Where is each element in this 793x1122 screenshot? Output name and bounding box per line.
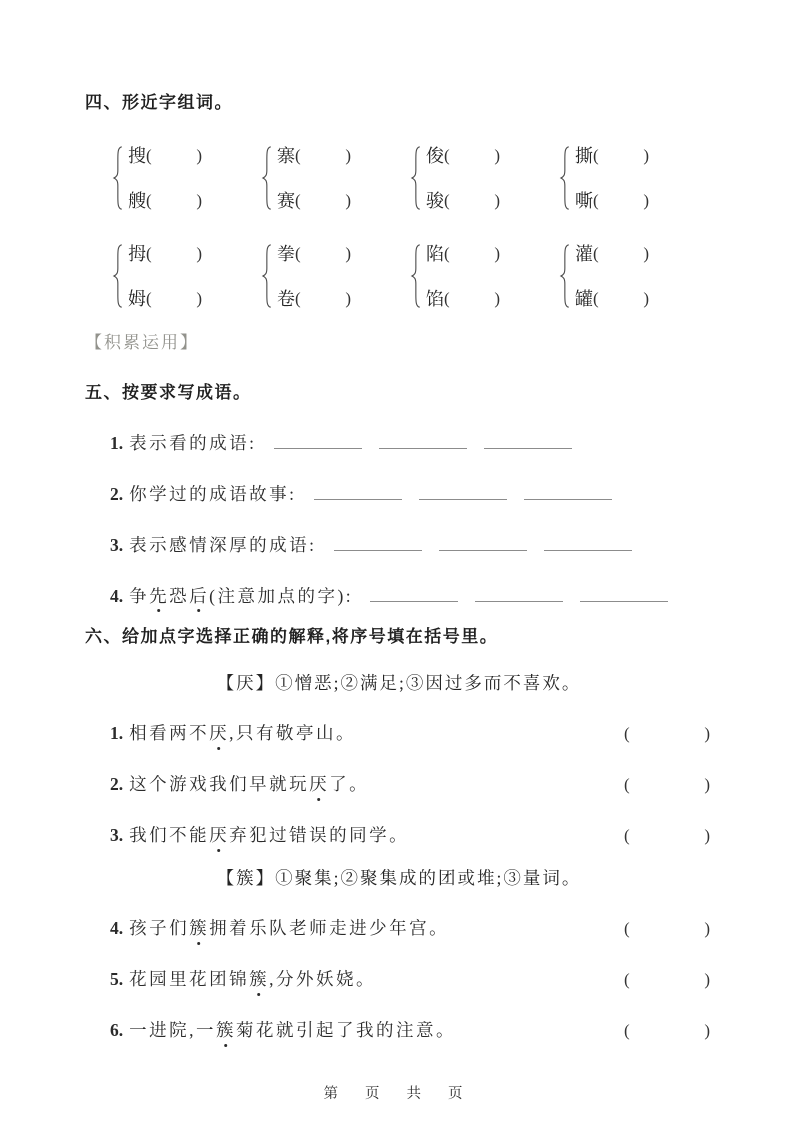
brace-icon (261, 237, 274, 315)
paren-open: ( (593, 145, 599, 167)
char-pair-group: 搜() 艘() (112, 139, 261, 217)
sentence-text: 了。 (329, 774, 369, 794)
choice-question: 4.孩子们簇拥着乐队老师走进少年宫。 () (110, 916, 713, 941)
brace-icon (112, 237, 125, 315)
fill-blank (544, 536, 632, 551)
sentence-text: 拥着乐队老师走进少年宫。 (209, 918, 449, 938)
question-text: 孩子们簇拥着乐队老师走进少年宫。 (129, 918, 449, 938)
paren-open: ( (146, 190, 152, 212)
paren-close: ) (643, 145, 649, 167)
sentence-text: (注意加点的字): (209, 586, 353, 606)
pair-char: 撕 (575, 145, 593, 167)
pair-line: 艘() (128, 190, 202, 212)
paren-close: ) (494, 145, 500, 167)
sentence-text: 一进院,一 (129, 1020, 216, 1040)
pairs-row-2: 拇() 姆() 拳() 卷() 陷() 馅() (112, 237, 713, 315)
brace-icon (261, 139, 274, 217)
char-pair-group: 陷() 馅() (410, 237, 559, 315)
paren-open: ( (444, 190, 450, 212)
fill-blank (475, 587, 563, 602)
paren-close: ) (704, 824, 710, 848)
glossary-cu: 【簇】①聚集;②聚集成的团或堆;③量词。 (85, 866, 713, 890)
pair-char: 艘 (128, 190, 146, 212)
fill-blank (524, 485, 612, 500)
pair-char: 罐 (575, 288, 593, 310)
paren-close: ) (196, 288, 202, 310)
section5-items: 1.表示看的成语: 2.你学过的成语故事: 3.表示感情深厚的成语: 4.争先恐… (110, 432, 713, 607)
question-number: 2. (110, 484, 123, 504)
question-text: 相看两不厌,只有敬亭山。 (129, 723, 356, 743)
choice-question: 2.这个游戏我们早就玩厌了。 () (110, 772, 713, 797)
choice-question: 6.一进院,一簇菊花就引起了我的注意。 () (110, 1018, 713, 1043)
question-number: 1. (110, 723, 123, 743)
fill-blank (314, 485, 402, 500)
choice-question: 3.我们不能厌弃犯过错误的同学。 () (110, 823, 713, 848)
pair-line: 搜() (128, 145, 202, 167)
question-number: 6. (110, 1020, 123, 1040)
paren-open: ( (624, 824, 630, 848)
paren-open: ( (146, 243, 152, 265)
sentence-text: 孩子们 (129, 918, 189, 938)
paren-close: ) (196, 145, 202, 167)
dotted-char: 厌 (209, 721, 229, 745)
pair-line: 罐() (575, 288, 649, 310)
answer-parens: () (624, 773, 710, 797)
question-text: 表示感情深厚的成语: (129, 535, 316, 555)
question-number: 2. (110, 774, 123, 794)
pair-line: 姆() (128, 288, 202, 310)
question-number: 3. (110, 825, 123, 845)
sentence-text: 你学过的成语故事: (129, 484, 296, 504)
sentence-text: 相看两不 (129, 723, 209, 743)
paren-close: ) (704, 1019, 710, 1043)
answer-parens: () (624, 917, 710, 941)
choice-question: 5.花园里花团锦簇,分外妖娆。 () (110, 967, 713, 992)
choice-question: 1.相看两不厌,只有敬亭山。 () (110, 721, 713, 746)
dotted-char: 簇 (249, 967, 269, 991)
paren-close: ) (494, 190, 500, 212)
idiom-question: 4.争先恐后(注意加点的字): (110, 585, 713, 607)
paren-close: ) (345, 145, 351, 167)
paren-open: ( (624, 722, 630, 746)
sentence-text: 这个游戏我们早就玩 (129, 774, 309, 794)
paren-open: ( (295, 243, 301, 265)
idiom-question: 3.表示感情深厚的成语: (110, 534, 713, 556)
pair-char: 赛 (277, 190, 295, 212)
paren-close: ) (643, 190, 649, 212)
question-text: 你学过的成语故事: (129, 484, 296, 504)
question-text: 我们不能厌弃犯过错误的同学。 (129, 825, 409, 845)
sentence-text: 我们不能 (129, 825, 209, 845)
paren-close: ) (494, 243, 500, 265)
answer-parens: () (624, 722, 710, 746)
pair-char: 卷 (277, 288, 295, 310)
sentence-text: ,只有敬亭山。 (229, 723, 356, 743)
fill-blank (580, 587, 668, 602)
answer-parens: () (624, 824, 710, 848)
pair-char: 搜 (128, 145, 146, 167)
pair-char: 灌 (575, 243, 593, 265)
fill-blank (439, 536, 527, 551)
question-number: 5. (110, 969, 123, 989)
pair-char: 姆 (128, 288, 146, 310)
idiom-question: 1.表示看的成语: (110, 432, 713, 454)
paren-close: ) (704, 773, 710, 797)
paren-open: ( (295, 190, 301, 212)
paren-close: ) (643, 243, 649, 265)
dotted-char: 先 (149, 585, 169, 607)
sentence-text: 表示看的成语: (129, 433, 256, 453)
pair-line: 寨() (277, 145, 351, 167)
brace-icon (112, 139, 125, 217)
question-text: 表示看的成语: (129, 433, 256, 453)
paren-open: ( (295, 145, 301, 167)
pair-line: 撕() (575, 145, 649, 167)
brace-icon (410, 139, 423, 217)
question-number: 4. (110, 918, 123, 938)
brace-icon (559, 139, 572, 217)
fill-blank (379, 434, 467, 449)
pair-char: 嘶 (575, 190, 593, 212)
char-pair-group: 撕() 嘶() (559, 139, 708, 217)
paren-close: ) (704, 722, 710, 746)
question-number: 3. (110, 535, 123, 555)
paren-open: ( (146, 288, 152, 310)
pair-char: 拇 (128, 243, 146, 265)
pair-line: 灌() (575, 243, 649, 265)
pair-char: 寨 (277, 145, 295, 167)
pair-line: 嘶() (575, 190, 649, 212)
pair-line: 拳() (277, 243, 351, 265)
sentence-text: 菊花就引起了我的注意。 (236, 1020, 456, 1040)
pair-char: 俊 (426, 145, 444, 167)
section5-title: 五、按要求写成语。 (85, 383, 713, 403)
question-text: 争先恐后(注意加点的字): (129, 586, 353, 606)
worksheet-page: 四、形近字组词。 搜() 艘() 寨() 赛() 俊( (0, 0, 793, 1122)
paren-close: ) (494, 288, 500, 310)
question-text: 花园里花团锦簇,分外妖娆。 (129, 969, 376, 989)
char-pair-group: 灌() 罐() (559, 237, 708, 315)
paren-close: ) (345, 243, 351, 265)
section6-title: 六、给加点字选择正确的解释,将序号填在括号里。 (85, 627, 713, 647)
char-pair-group: 俊() 骏() (410, 139, 559, 217)
paren-close: ) (643, 288, 649, 310)
paren-close: ) (345, 288, 351, 310)
section4-title: 四、形近字组词。 (85, 93, 713, 113)
pair-char: 拳 (277, 243, 295, 265)
sentence-text: 花园里花团锦 (129, 969, 249, 989)
sentence-text: ,分外妖娆。 (269, 969, 376, 989)
dotted-char: 后 (189, 585, 209, 607)
paren-open: ( (295, 288, 301, 310)
fill-blank (419, 485, 507, 500)
fill-blank (334, 536, 422, 551)
paren-open: ( (593, 190, 599, 212)
fill-blank (370, 587, 458, 602)
brace-icon (559, 237, 572, 315)
pair-line: 卷() (277, 288, 351, 310)
sentence-text: 表示感情深厚的成语: (129, 535, 316, 555)
paren-open: ( (624, 917, 630, 941)
fill-blank (484, 434, 572, 449)
paren-open: ( (444, 145, 450, 167)
similar-char-grid: 搜() 艘() 寨() 赛() 俊() 骏() (112, 139, 713, 315)
char-pair-group: 拳() 卷() (261, 237, 410, 315)
dotted-char: 厌 (309, 772, 329, 796)
pairs-row-1: 搜() 艘() 寨() 赛() 俊() 骏() (112, 139, 713, 217)
banner-accumulation: 【积累运用】 (85, 333, 713, 353)
sentence-text: 恐 (169, 586, 189, 606)
char-pair-group: 寨() 赛() (261, 139, 410, 217)
pair-line: 陷() (426, 243, 500, 265)
question-text: 一进院,一簇菊花就引起了我的注意。 (129, 1020, 456, 1040)
paren-open: ( (624, 773, 630, 797)
sentence-text: 弃犯过错误的同学。 (229, 825, 409, 845)
sentence-text: 争 (129, 586, 149, 606)
pair-char: 骏 (426, 190, 444, 212)
footer-page-label: 第 页 共 页 (0, 1082, 793, 1103)
pair-char: 陷 (426, 243, 444, 265)
paren-open: ( (444, 288, 450, 310)
pair-char: 馅 (426, 288, 444, 310)
pair-line: 骏() (426, 190, 500, 212)
paren-open: ( (593, 243, 599, 265)
char-pair-group: 拇() 姆() (112, 237, 261, 315)
pair-line: 俊() (426, 145, 500, 167)
paren-open: ( (146, 145, 152, 167)
question-text: 这个游戏我们早就玩厌了。 (129, 774, 369, 794)
question-number: 4. (110, 586, 123, 606)
glossary-yan: 【厌】①憎恶;②满足;③因过多而不喜欢。 (85, 671, 713, 695)
paren-open: ( (444, 243, 450, 265)
dotted-char: 簇 (216, 1018, 236, 1042)
paren-close: ) (704, 917, 710, 941)
paren-close: ) (704, 968, 710, 992)
paren-open: ( (624, 1019, 630, 1043)
paren-close: ) (196, 190, 202, 212)
paren-close: ) (345, 190, 351, 212)
brace-icon (410, 237, 423, 315)
answer-parens: () (624, 1019, 710, 1043)
paren-open: ( (624, 968, 630, 992)
pair-line: 拇() (128, 243, 202, 265)
idiom-question: 2.你学过的成语故事: (110, 483, 713, 505)
pair-line: 馅() (426, 288, 500, 310)
dotted-char: 厌 (209, 823, 229, 847)
dotted-char: 簇 (189, 916, 209, 940)
paren-open: ( (593, 288, 599, 310)
fill-blank (274, 434, 362, 449)
paren-close: ) (196, 243, 202, 265)
pair-line: 赛() (277, 190, 351, 212)
question-number: 1. (110, 433, 123, 453)
answer-parens: () (624, 968, 710, 992)
